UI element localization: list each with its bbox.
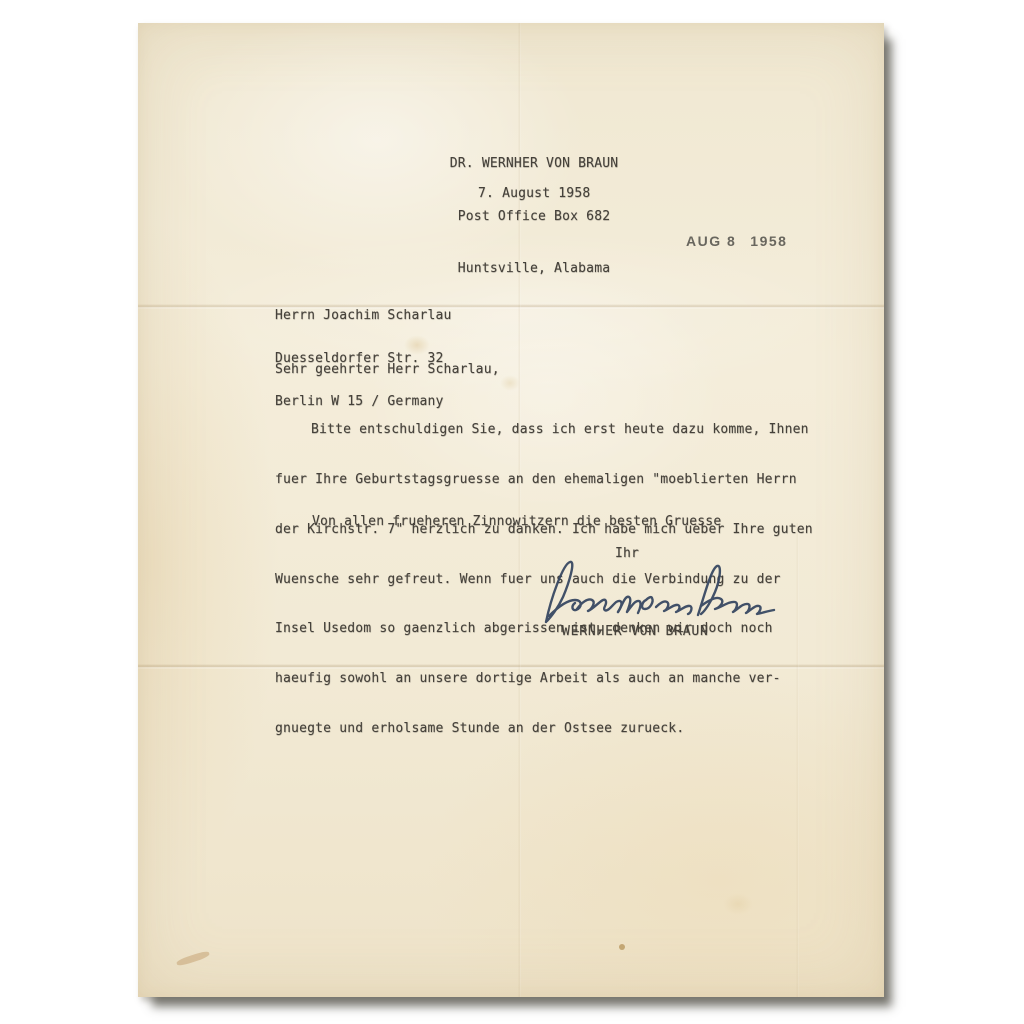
body-line: gnuegte und erholsame Stunde an der Osts… — [275, 721, 813, 738]
salutation: Sehr geehrter Herr Scharlau, — [275, 362, 500, 379]
body-line: haeufig sowohl an unsere dortige Arbeit … — [275, 671, 813, 688]
letterhead-name: DR. WERNHER VON BRAUN — [444, 155, 624, 173]
body-line: fuer Ihre Geburtstagsgruesse an den ehem… — [275, 472, 813, 489]
typed-signature-name: WERNHER VON BRAUN — [562, 624, 709, 641]
letterhead-po-box: Post Office Box 682 — [444, 208, 624, 226]
body-line: Bitte entschuldigen Sie, dass ich erst h… — [275, 422, 813, 439]
letter-paper: DR. WERNHER VON BRAUN Post Office Box 68… — [138, 23, 884, 997]
letterhead-city: Huntsville, Alabama — [444, 260, 624, 278]
paper-stain-dot — [619, 944, 625, 950]
scan-background: { "letter": { "letterhead": [ "DR. WERNH… — [0, 0, 1024, 1024]
stamp-year: 1958 — [750, 233, 787, 249]
recipient-name: Herrn Joachim Scharlau — [275, 309, 452, 323]
handwritten-signature — [538, 556, 780, 630]
letter-date: 7. August 1958 — [478, 186, 590, 203]
paper-stain-smudge — [176, 950, 210, 967]
letterhead: DR. WERNHER VON BRAUN Post Office Box 68… — [444, 120, 624, 313]
received-date-stamp: AUG 81958 — [686, 233, 787, 249]
stamp-month-day: AUG 8 — [686, 233, 736, 249]
closing-line: Von allen frueheren Zinnowitzern die bes… — [312, 514, 721, 531]
paper-stain-blotch — [723, 893, 753, 915]
